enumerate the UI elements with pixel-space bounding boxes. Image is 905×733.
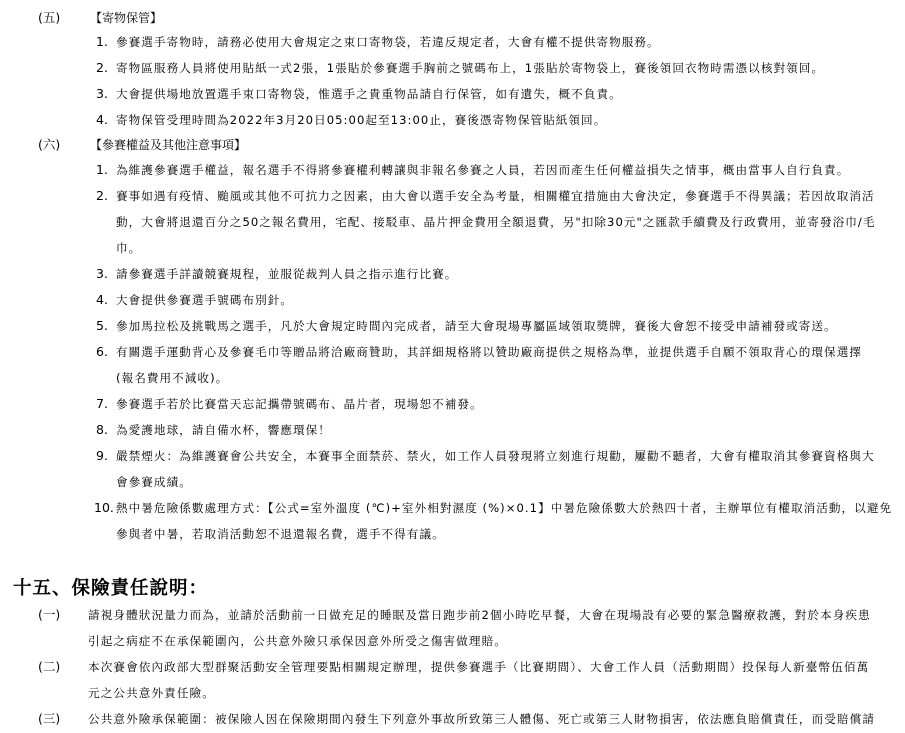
insurance-item-text: 公共意外險承保範圍：被保險人因在保險期間內發生下列意外事故所致第三人體傷、死亡或… [88, 706, 903, 732]
item-number: 3. [96, 81, 108, 107]
item-number: 2. [96, 183, 108, 209]
section-6-title: 【參賽權益及其他注意事項】 [90, 135, 246, 155]
item-text-continued: 巾。 [116, 235, 898, 261]
section-5-marker: (五) [38, 8, 60, 28]
insurance-item-text-continued: 元之公共意外責任險。 [88, 680, 903, 706]
item-text: 嚴禁煙火：為維護賽會公共安全，本賽事全面禁菸、禁火，如工作人員發現將立刻進行規勸… [116, 443, 898, 469]
insurance-item-text: 本次賽會依內政部大型群聚活動安全管理要點相關規定辦理，提供參賽選手（比賽期間）、… [88, 654, 903, 680]
item-text: 賽事如遇有疫情、颱風或其他不可抗力之因素，由大會以選手安全為考量，相關權宜措施由… [116, 183, 898, 209]
item-text: 請參賽選手詳讀競賽規程，並服從裁判人員之指示進行比賽。 [116, 261, 898, 287]
insurance-item-text-continued: 引起之病症不在承保範圍內，公共意外險只承保因意外所受之傷害做理賠。 [88, 628, 903, 654]
item-text: 參加馬拉松及挑戰馬之選手，凡於大會規定時間內完成者，請至大會現場專屬區域領取獎牌… [116, 313, 898, 339]
insurance-item-marker: (一) [38, 602, 60, 628]
section-6-header: (六) 【參賽權益及其他注意事項】 [0, 135, 905, 155]
item-number: 10. [94, 495, 114, 521]
item-number: 4. [96, 107, 108, 133]
item-number: 8. [96, 417, 108, 443]
item-number: 5. [96, 313, 108, 339]
item-text: 大會提供場地放置選手束口寄物袋，惟選手之貴重物品請自行保管，如有遺失，概不負責。 [116, 81, 898, 107]
item-text-continued: 會參賽成績。 [116, 469, 898, 495]
item-text: 有關選手運動背心及參賽毛巾等贈品將洽廠商贊助，其詳細規格將以贊助廠商提供之規格為… [116, 339, 898, 365]
insurance-item-marker: (三) [38, 706, 60, 732]
item-text: 寄物區服務人員將使用貼紙一式2張，1張貼於參賽選手胸前之號碼布上，1張貼於寄物袋… [116, 55, 898, 81]
item-number: 2. [96, 55, 108, 81]
item-text: 熱中暑危險係數處理方式：【公式=室外溫度 (℃)+室外相對濕度 (%)×0.1】… [116, 495, 898, 521]
item-text: 為維護參賽選手權益，報名選手不得將參賽權利轉讓與非報名參賽之人員，若因而產生任何… [116, 157, 898, 183]
item-number: 9. [96, 443, 108, 469]
item-number: 3. [96, 261, 108, 287]
item-number: 1. [96, 29, 108, 55]
item-text: 大會提供參賽選手號碼布別針。 [116, 287, 898, 313]
item-text: 參賽選手若於比賽當天忘記攜帶號碼布、晶片者，現場恕不補發。 [116, 391, 898, 417]
insurance-item-text: 請視身體狀況量力而為，並請於活動前一日做充足的睡眠及當日跑步前2個小時吃早餐，大… [88, 602, 903, 628]
section-5-title: 【寄物保管】 [90, 8, 162, 28]
section-6-marker: (六) [38, 135, 60, 155]
item-text: 參賽選手寄物時，請務必使用大會規定之束口寄物袋，若違反規定者，大會有權不提供寄物… [116, 29, 898, 55]
insurance-item-marker: (二) [38, 654, 60, 680]
item-number: 1. [96, 157, 108, 183]
insurance-heading: 十五、保險責任說明： [13, 574, 208, 600]
item-text-continued: 參與者中暑，若取消活動恕不退還報名費，選手不得有議。 [116, 521, 898, 547]
item-text: 寄物保管受理時間為2022年3月20日05:00起至13:00止，賽後憑寄物保管… [116, 107, 898, 133]
section-5-header: (五) 【寄物保管】 [0, 8, 905, 28]
item-number: 4. [96, 287, 108, 313]
item-text-continued: (報名費用不減收)。 [116, 365, 898, 391]
item-text-continued: 動，大會將退還百分之50之報名費用，宅配、接駁車、晶片押金費用全額退費，另"扣除… [116, 209, 898, 235]
item-number: 6. [96, 339, 108, 365]
item-text: 為愛護地球，請自備水杯，響應環保！ [116, 417, 898, 443]
item-number: 7. [96, 391, 108, 417]
